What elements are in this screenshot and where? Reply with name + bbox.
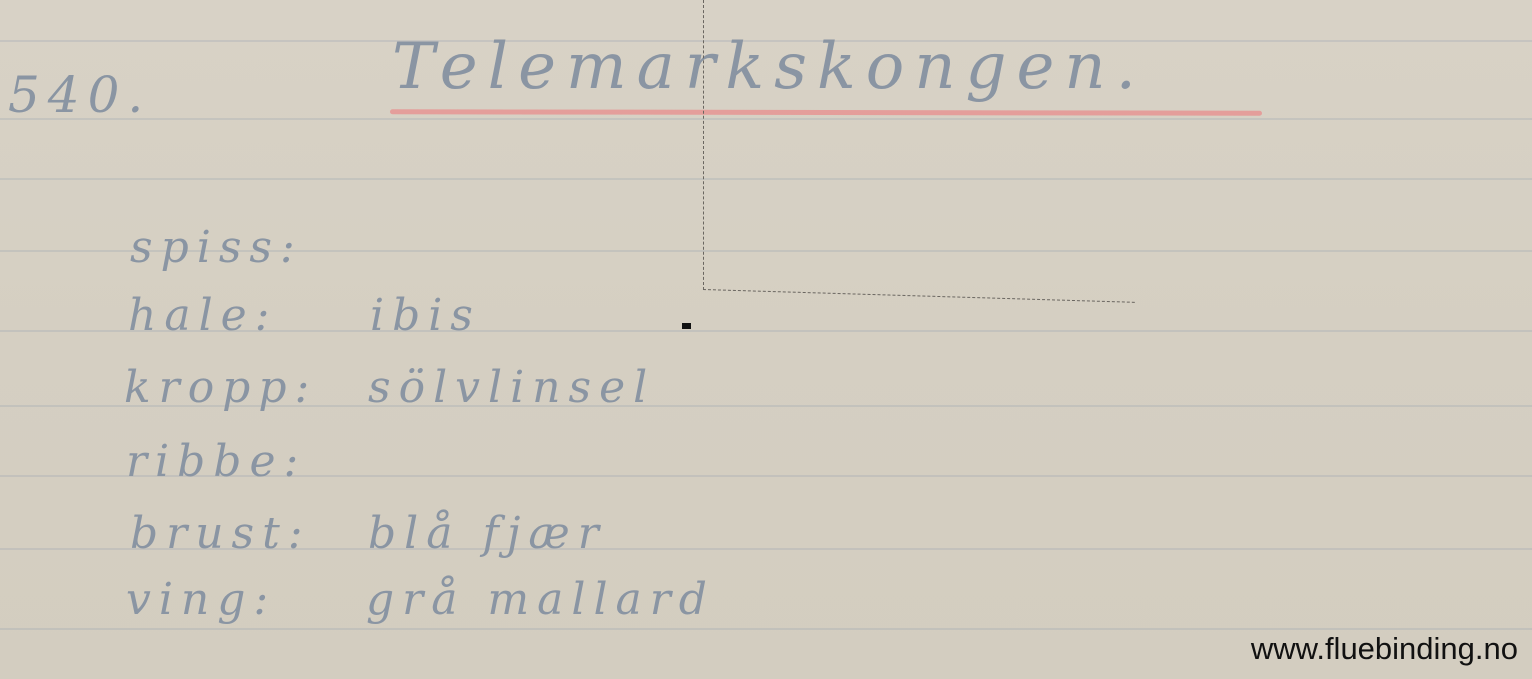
- cursor-marker: [682, 323, 691, 329]
- field-label-ribbe: ribbe:: [126, 436, 306, 487]
- field-value-brust: blå fjær: [368, 508, 607, 559]
- field-label-ving: ving:: [126, 574, 276, 625]
- selection-box-left-edge[interactable]: [703, 0, 704, 290]
- field-label-spiss: spiss:: [130, 222, 303, 273]
- watermark-url: www.fluebinding.no: [1251, 631, 1518, 667]
- entry-number: 540.: [8, 66, 151, 124]
- field-label-hale: hale:: [128, 290, 278, 341]
- field-value-hale: ibis: [370, 290, 481, 341]
- field-label-kropp: kropp:: [124, 362, 317, 413]
- field-label-brust: brust:: [130, 508, 311, 559]
- handwriting-layer: 540. Telemarkskongen. spiss: hale: kropp…: [0, 0, 1532, 679]
- field-value-ving: grå mallard: [366, 574, 715, 625]
- field-value-kropp: sölvlinsel: [368, 362, 655, 413]
- fly-title: Telemarkskongen.: [392, 30, 1146, 104]
- scanned-page: 540. Telemarkskongen. spiss: hale: kropp…: [0, 0, 1532, 679]
